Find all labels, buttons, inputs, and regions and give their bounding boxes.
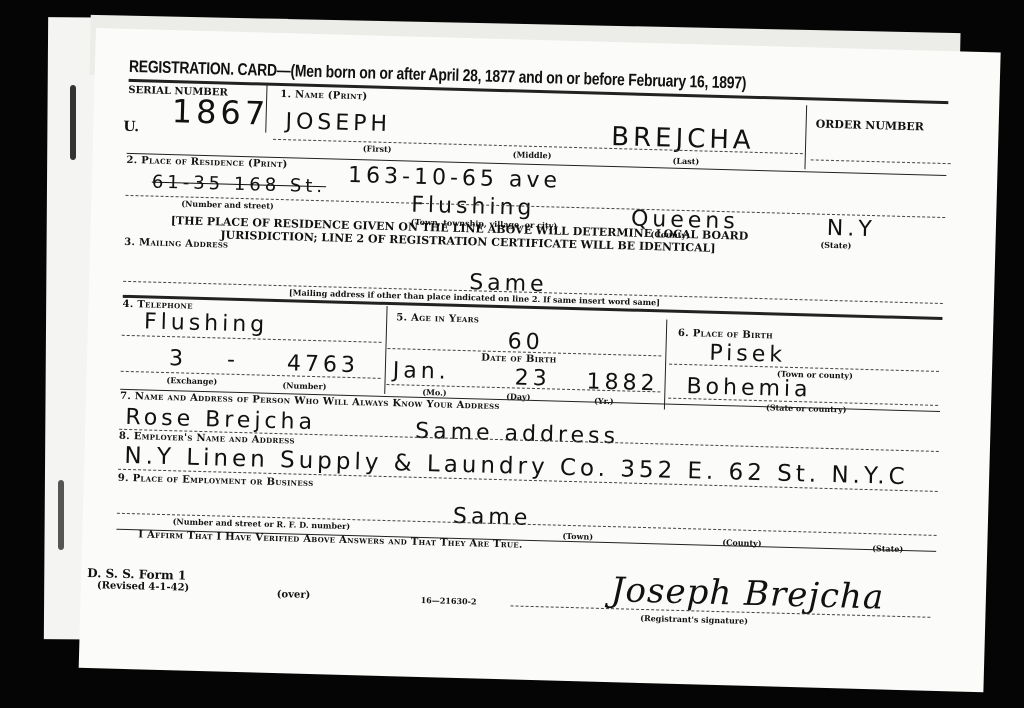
mailing-label: 3. Mailing Address: [124, 237, 228, 251]
registration-card: REGISTRATION. CARD—(Men born on or after…: [79, 28, 1001, 692]
month-caption: (Mo.): [422, 387, 447, 398]
state-value: N.Y: [827, 216, 877, 242]
form-revision: (Revised 4-1-42): [97, 580, 190, 593]
middle-caption: (Middle): [513, 149, 552, 160]
telephone-exchange: 3: [169, 346, 188, 371]
telephone-exchange-name: Flushing: [144, 309, 269, 337]
number-caption: (Number): [282, 380, 326, 391]
first-name-value: JOSEPH: [285, 109, 391, 137]
name-label: 1. Name (Print): [280, 89, 368, 102]
street-value: 163-10-65 ave: [348, 163, 561, 194]
affirmation-text: I Affirm That I Have Verified Above Answ…: [138, 529, 523, 550]
telephone-dash: -: [227, 348, 240, 373]
dob-year: 1882: [586, 369, 659, 396]
serial-number-value: 1867: [171, 92, 269, 133]
birthplace-town: Pisek: [709, 341, 786, 368]
last-caption: (Last): [672, 156, 699, 167]
age-label: 5. Age in Years: [396, 312, 479, 325]
serial-prefix: U.: [123, 119, 139, 135]
birthplace-label: 6. Place of Birth: [678, 328, 773, 342]
binder-clip-bottom: [58, 480, 64, 550]
over-label: (over): [277, 589, 311, 601]
divider: [384, 306, 387, 394]
form-code: 16—21630-2: [421, 595, 477, 607]
signature-caption: (Registrant's signature): [640, 613, 748, 626]
divider: [664, 320, 667, 410]
divider: [811, 159, 951, 164]
employment-place-label: 9. Place of Employment or Business: [118, 473, 314, 489]
dob-month: Jan.: [393, 358, 451, 385]
exchange-caption: (Exchange): [166, 375, 217, 386]
registrant-signature: Joseph Brejcha: [610, 570, 884, 617]
divider: [804, 105, 807, 169]
contact-address: Same address: [415, 419, 619, 450]
employment-place-value: Same: [453, 504, 532, 531]
state-caption: (State): [820, 240, 851, 251]
first-caption: (First): [363, 143, 392, 154]
struck-street-value: 61-35 168 St.: [152, 172, 327, 198]
order-number-label: ORDER NUMBER: [815, 118, 924, 134]
dob-label: Date of Birth: [481, 353, 557, 366]
telephone-number: 4763: [287, 351, 360, 378]
street-caption: (Number and street): [181, 198, 274, 210]
binder-clip-top: [70, 85, 76, 160]
